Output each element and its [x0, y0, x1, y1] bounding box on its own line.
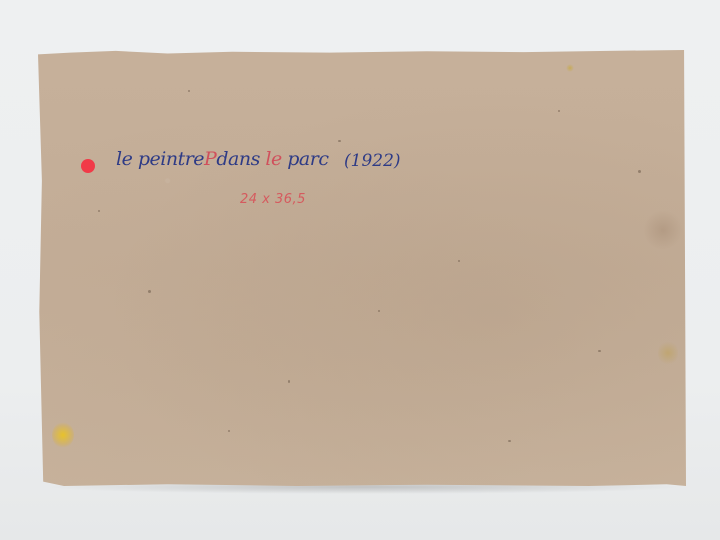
yellow-paint-stain: [658, 340, 678, 366]
title-part-1: le peintre: [116, 148, 204, 170]
speck: [458, 260, 460, 262]
speck: [378, 310, 380, 312]
speck: [598, 350, 601, 352]
speck: [98, 210, 100, 212]
speck: [288, 380, 290, 383]
speck: [638, 170, 641, 173]
speck: [228, 430, 230, 432]
cardboard-panel: [38, 50, 686, 486]
yellow-paint-stain: [566, 64, 574, 72]
title-red-insert-2: le: [265, 148, 281, 170]
title-part-3: parc: [282, 148, 329, 170]
title-part-2: dans: [216, 148, 265, 170]
yellow-paint-stain: [52, 422, 74, 448]
handwritten-year: (1922): [344, 151, 401, 171]
speck: [508, 440, 511, 442]
speck: [148, 290, 151, 293]
title-red-insert-1: P: [204, 148, 216, 170]
red-marker-dot: [81, 159, 95, 173]
speck: [338, 140, 341, 142]
speck: [558, 110, 560, 112]
speck: [188, 90, 190, 92]
stain: [643, 210, 683, 250]
handwritten-dimensions: 24 x 36,5: [240, 192, 306, 207]
handwritten-title: le peintrePdans le parc: [116, 148, 328, 170]
